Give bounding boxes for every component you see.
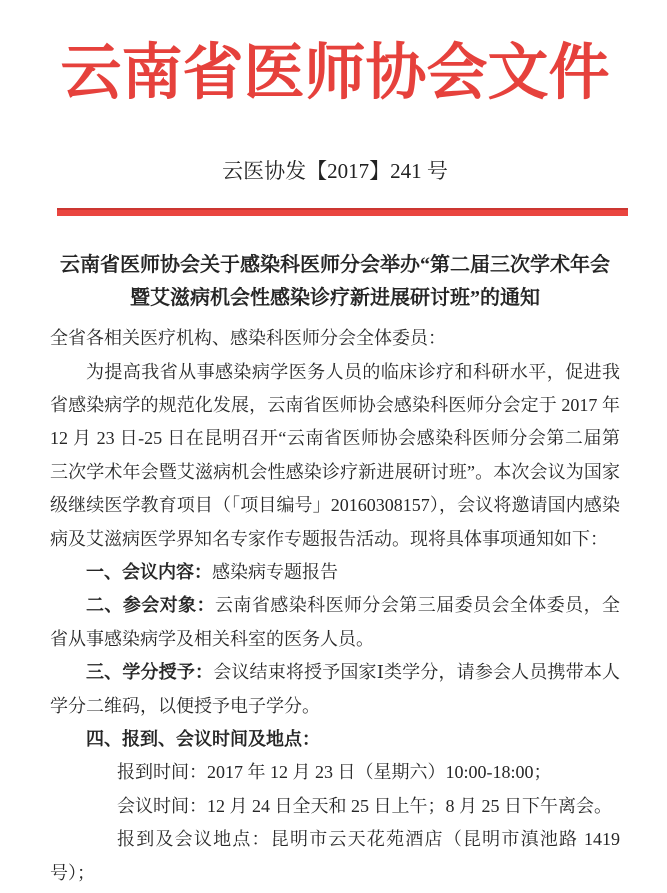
document-header-title: 云南省医师协会文件 bbox=[50, 40, 620, 107]
document-page: 云南省医师协会文件 云医协发【2017】241 号 云南省医师协会关于感染科医师… bbox=[0, 0, 667, 893]
intro-paragraph: 为提高我省从事感染病学医务人员的临床诊疗和科研水平，促进我省感染病学的规范化发展… bbox=[50, 356, 620, 556]
sub-item-venue: 报到及会议地点：昆明市云天花苑酒店（昆明市滇池路 1419 号）； bbox=[50, 823, 620, 890]
item-meeting-content: 一、会议内容：感染病专题报告 bbox=[50, 556, 620, 589]
red-divider-line bbox=[57, 208, 628, 216]
salutation: 全省各相关医疗机构、感染科医师分会全体委员： bbox=[50, 322, 620, 355]
item-credits: 三、学分授予：会议结束将授予国家Ⅰ类学分，请参会人员携带本人学分二维码，以便授予… bbox=[50, 656, 620, 723]
notice-title-line2: 暨艾滋病机会性感染诊疗新进展研讨班”的通知 bbox=[50, 282, 620, 315]
item-label: 四、报到、会议时间及地点： bbox=[86, 729, 320, 749]
notice-title: 云南省医师协会关于感染科医师分会举办“第二届三次学术年会 暨艾滋病机会性感染诊疗… bbox=[50, 249, 620, 315]
document-number: 云医协发【2017】241 号 bbox=[50, 159, 620, 183]
item-label: 一、会议内容： bbox=[86, 562, 212, 582]
item-registration: 四、报到、会议时间及地点： bbox=[50, 723, 620, 756]
notice-title-line1: 云南省医师协会关于感染科医师分会举办“第二届三次学术年会 bbox=[50, 249, 620, 282]
sub-item-meeting-time: 会议时间：12 月 24 日全天和 25 日上午；8 月 25 日下午离会。 bbox=[50, 790, 620, 823]
item-text: 感染病专题报告 bbox=[212, 562, 338, 582]
item-attendees: 二、参会对象：云南省感染科医师分会第三届委员会全体委员，全省从事感染病学及相关科… bbox=[50, 589, 620, 656]
item-label: 三、学分授予： bbox=[86, 662, 213, 682]
sub-item-checkin-time: 报到时间：2017 年 12 月 23 日（星期六）10:00-18:00； bbox=[50, 756, 620, 789]
item-label: 二、参会对象： bbox=[86, 595, 215, 615]
document-body: 全省各相关医疗机构、感染科医师分会全体委员： 为提高我省从事感染病学医务人员的临… bbox=[50, 322, 620, 890]
